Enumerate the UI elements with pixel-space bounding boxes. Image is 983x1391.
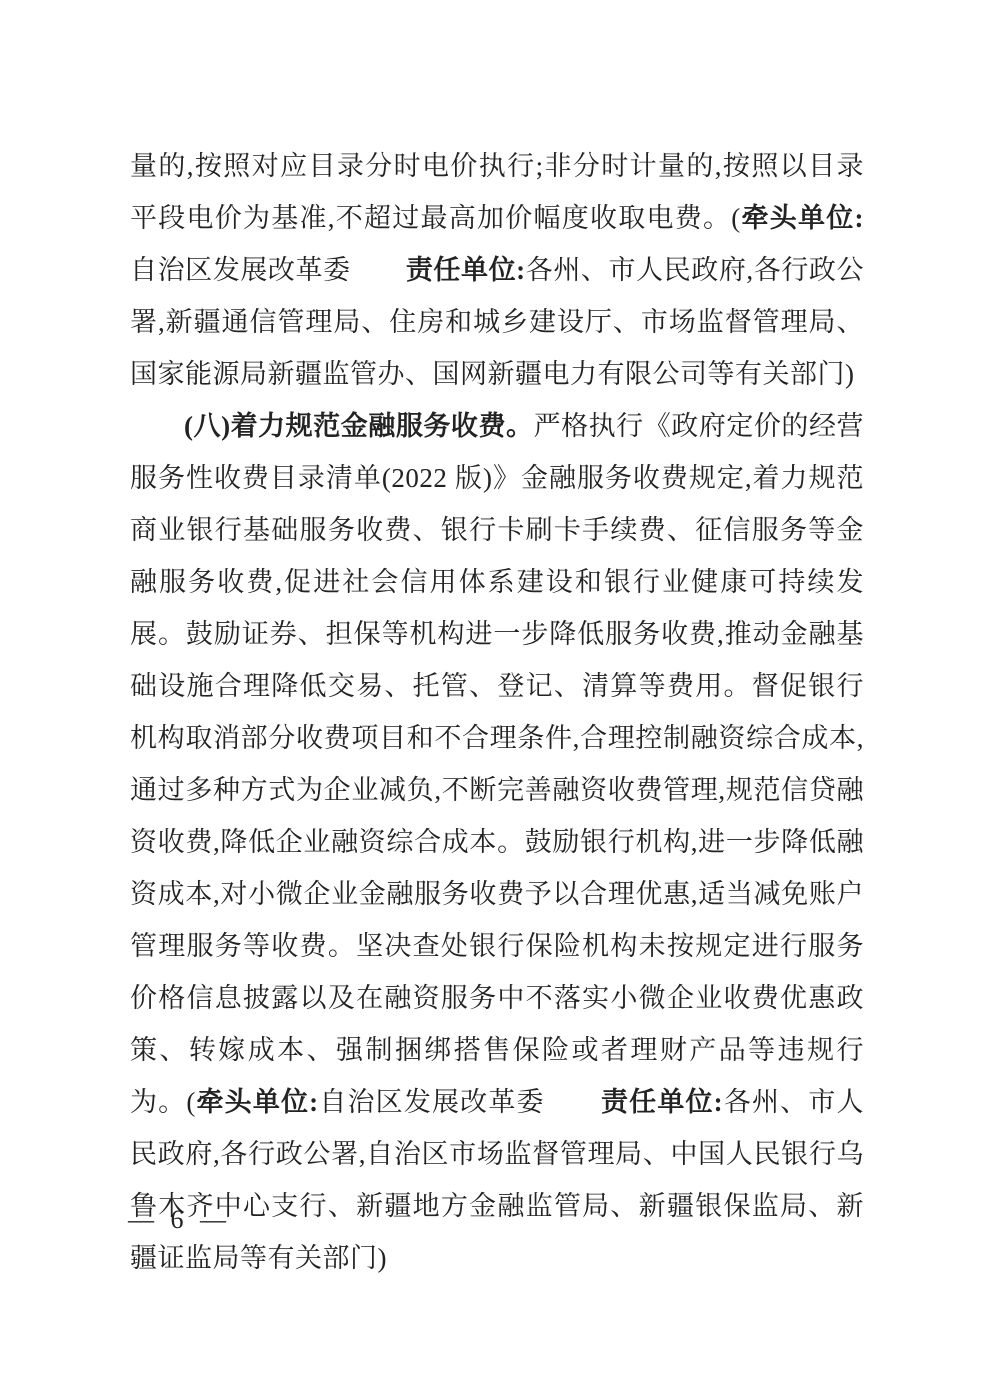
body-text-run: 严格执行《政府定价的经营服务性收费目录清单(2022 版)》金融服务收费规定,着… (130, 411, 864, 1117)
lead-unit-label: 牵头单位: (196, 1087, 319, 1117)
paragraph-continuation: 量的,按照对应目录分时电价执行;非分时计量的,按照以目录平段电价为基准,不超过最… (130, 140, 864, 400)
document-body: 量的,按照对应目录分时电价执行;非分时计量的,按照以目录平段电价为基准,不超过最… (130, 140, 864, 1284)
lead-unit-value: 自治区发展改革委 (319, 1087, 545, 1117)
document-page: 量的,按照对应目录分时电价执行;非分时计量的,按照以目录平段电价为基准,不超过最… (0, 0, 983, 1391)
lead-unit-value: 自治区发展改革委 (130, 255, 351, 285)
responsible-unit-label: 责任单位: (601, 1087, 723, 1117)
page-number: — 6 — (128, 1202, 231, 1238)
unit-separator (351, 255, 406, 285)
unit-separator (545, 1087, 601, 1117)
responsible-unit-label: 责任单位: (406, 255, 526, 285)
lead-unit-label: 牵头单位: (741, 203, 864, 233)
item-8-heading: (八)着力规范金融服务收费。 (184, 411, 534, 441)
paragraph-item-8: (八)着力规范金融服务收费。严格执行《政府定价的经营服务性收费目录清单(2022… (130, 400, 864, 1284)
